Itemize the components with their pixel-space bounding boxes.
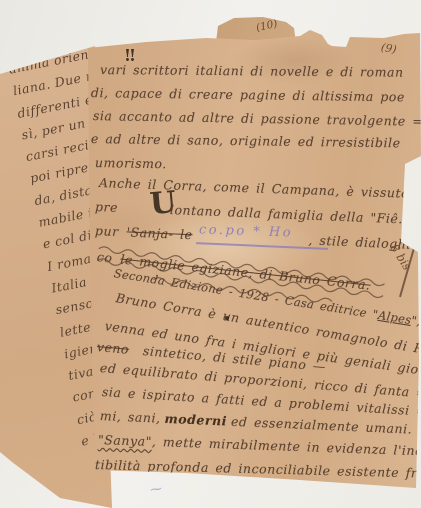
manuscript-page-9: (9) ¡¡ U vari scrittori italiani di nove… [86,28,421,493]
wavy-underlined-title: "Sanya" [98,432,152,449]
handwritten-line: vari scrittori italiani di novelle e di … [100,62,404,80]
line-segment: mi, sani, [100,408,161,426]
handwritten-line: e ad altre di sano, originale ed irresis… [91,131,401,150]
handwritten-line: umorismo. [95,155,167,171]
handwritten-line: "Sanya", mette mirabilmente in evidenza … [98,432,421,460]
handwritten-line: Anche il Corra, come il Campana, è vissu… [99,175,421,203]
handwritten-line: sia accanto ad altre di passione travolg… [93,108,421,129]
line-segment: , mette mirabilmente in evidenza l'incom… [152,434,421,460]
handwritten-line: prelontano dalla famiglia della "Fiê.", … [95,199,421,227]
page-number-9: (9) [380,41,398,57]
corrected-word: moderni [164,411,227,429]
struck-text: veno [96,339,129,357]
line-segment: ", Milano. [410,313,421,336]
blue-pencil-mark: ⁓ [149,481,163,497]
handwritten-line: di, capace di creare pagine di altissima… [91,85,405,104]
handwritten-line: tibilità profonda ed inconciliabile esis… [95,457,421,481]
line-segment: ed essenzialmente umani. [231,414,413,437]
struck-text: 'Sanja- le [126,224,193,242]
line-segment: pre [95,199,119,215]
line-segment: pur [95,223,119,239]
manuscript-photo: (10) ⁓ anima orientale liana. Due mo dif… [0,0,421,508]
page-number-10: (10) [255,18,279,34]
